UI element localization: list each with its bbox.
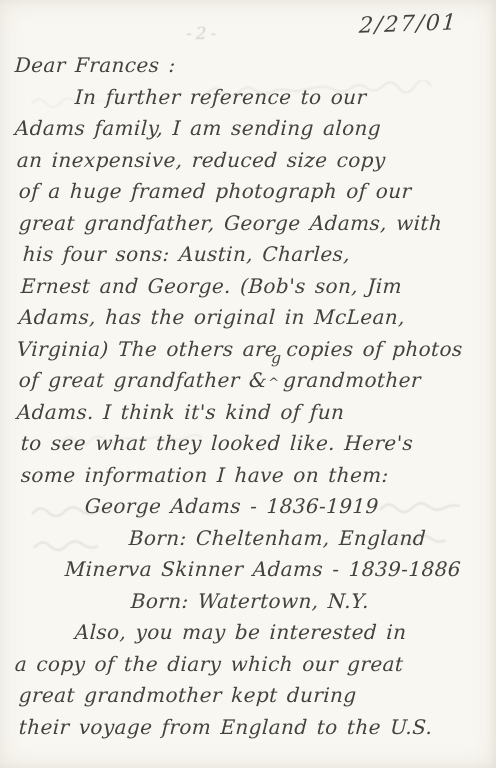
letter-line: great grandmother kept during <box>18 680 494 712</box>
letter-line-text: of great grandfather & <box>18 368 268 392</box>
letter-line: great grandfather, George Adams, with <box>18 208 494 240</box>
letter-line: Born: Watertown, N.Y. <box>130 586 494 618</box>
letter-line: Adams family, I am sending along <box>14 113 494 145</box>
bleedthrough-page-number: -2- <box>186 24 220 44</box>
letter-line: George Adams - 1836-1919 <box>84 491 494 523</box>
letter-line: of a huge framed photograph of our <box>18 176 494 208</box>
letter-line: some information I have on them: <box>20 460 494 492</box>
letter-line: of great grandfather &g^grandmother <box>18 365 494 397</box>
letter-line: an inexpensive, reduced size copy <box>16 145 494 177</box>
letter-line: Adams. I think it's kind of fun <box>16 397 494 429</box>
caret-mark: ^ <box>268 378 280 390</box>
letter-date: 2/27/01 <box>358 10 459 39</box>
letter-line: Born: Cheltenham, England <box>128 523 494 555</box>
letter-body: Dear Frances :In further reference to ou… <box>12 50 492 743</box>
letter-line: Virginia) The others are copies of photo… <box>16 334 494 366</box>
letter-line: In further reference to our <box>74 82 494 114</box>
letter-line: his four sons: Austin, Charles, <box>22 239 494 271</box>
letter-line: a copy of the diary which our great <box>14 649 494 681</box>
caret-insertion: g^ <box>267 367 284 387</box>
letter-line: their voyage from England to the U.S. <box>18 712 494 744</box>
letter-line: Minerva Skinner Adams - 1839-1886 <box>64 554 494 586</box>
greeting-line: Dear Frances : <box>14 50 494 82</box>
letter-line: Adams, has the original in McLean, <box>18 302 494 334</box>
letter-line: Also, you may be interested in <box>74 617 494 649</box>
inserted-letter: g <box>271 351 282 365</box>
letter-line: to see what they looked like. Here's <box>20 428 494 460</box>
letter-line: Ernest and George. (Bob's son, Jim <box>20 271 494 303</box>
letter-line-text: grandmother <box>283 368 422 392</box>
letter-page: 2/27/01 -2- Dear Frances :In further ref… <box>0 0 496 768</box>
